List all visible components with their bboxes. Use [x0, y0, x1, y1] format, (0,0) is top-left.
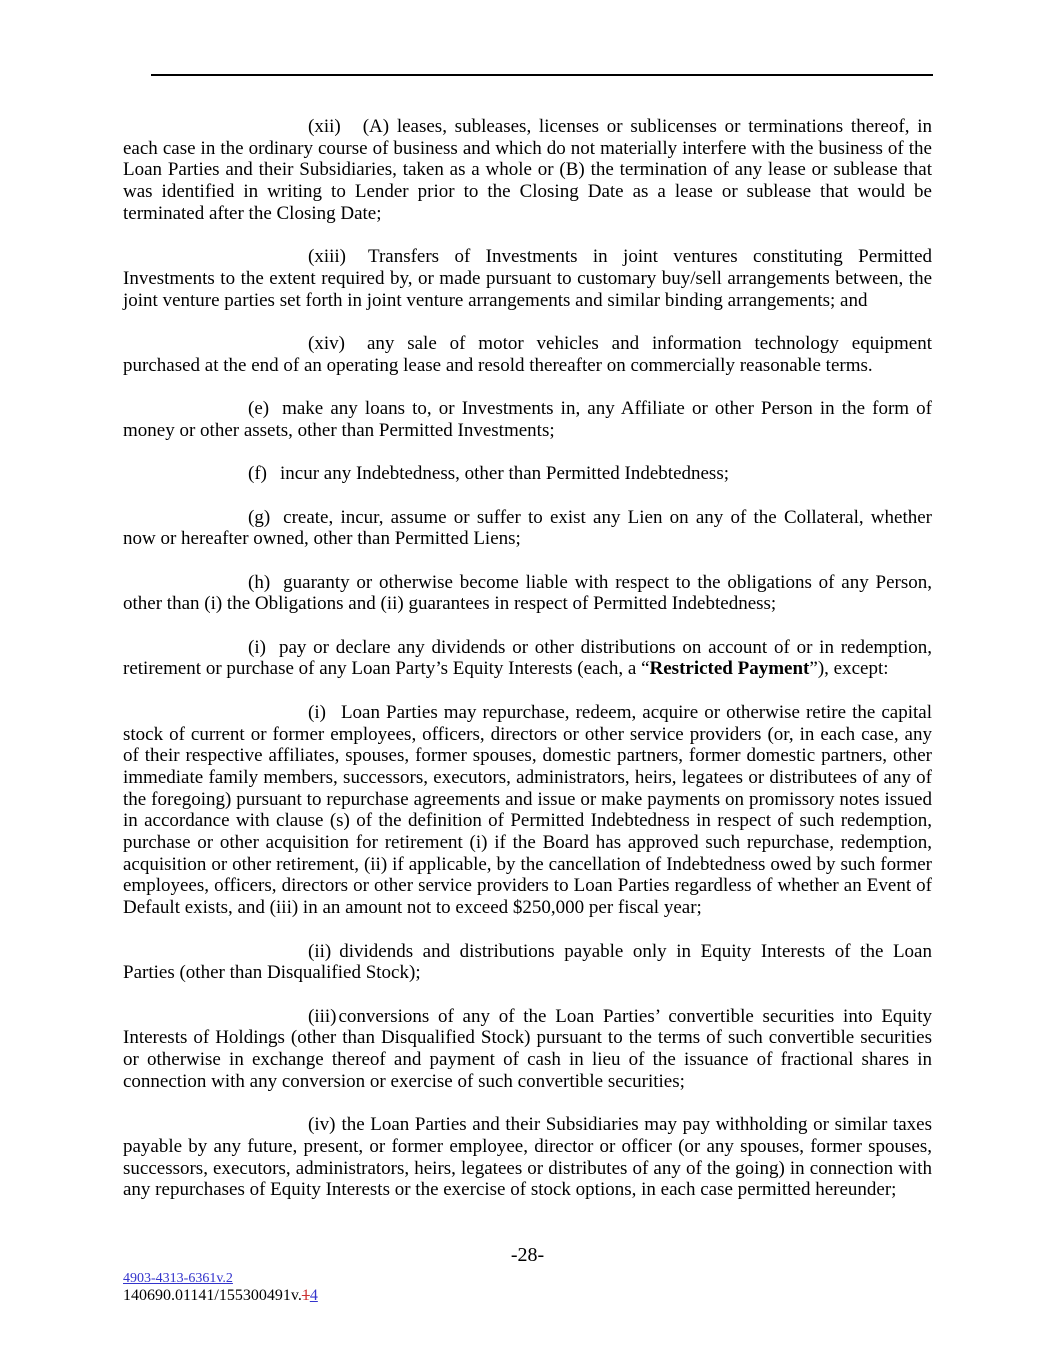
paragraph-text: incur any Indebtedness, other than Permi…: [280, 463, 729, 484]
version-number-old-strikethrough: 1: [302, 1287, 310, 1304]
paragraph-text: (A) leases, subleases, licenses or subli…: [123, 116, 932, 224]
page-number: -28-: [0, 1244, 1055, 1266]
paragraph-text: guaranty or otherwise become liable with…: [123, 572, 932, 615]
paragraph-g: (g)create, incur, assume or suffer to ex…: [123, 507, 932, 550]
document-body: (xii)(A) leases, subleases, licenses or …: [123, 116, 932, 1201]
paragraph-label: (iii): [308, 1006, 337, 1027]
footer-matter-ref: 140690.01141/155300491v.14: [123, 1287, 318, 1304]
matter-ref-prefix: 140690.01141/155300491v.: [123, 1287, 302, 1304]
paragraph-label: (i): [248, 637, 266, 658]
paragraph-text: any sale of motor vehicles and informati…: [123, 333, 932, 376]
paragraph-i: (i)pay or declare any dividends or other…: [123, 637, 932, 680]
paragraph-text: make any loans to, or Investments in, an…: [123, 398, 932, 441]
footer-ids: 4903-4313-6361v.2 140690.01141/155300491…: [123, 1269, 318, 1304]
paragraph-text: Loan Parties may repurchase, redeem, acq…: [123, 702, 932, 918]
subparagraph-i: (i)Loan Parties may repurchase, redeem, …: [123, 702, 932, 919]
paragraph-xiii: (xiii)Transfers of Investments in joint …: [123, 246, 932, 311]
paragraph-text: Transfers of Investments in joint ventur…: [123, 246, 932, 310]
document-page: (xii)(A) leases, subleases, licenses or …: [0, 0, 1055, 1365]
paragraph-label: (iv): [308, 1114, 335, 1135]
paragraph-label: (i): [308, 702, 326, 723]
subparagraph-ii: (ii)dividends and distributions payable …: [123, 941, 932, 984]
paragraph-text-post: ”), except:: [809, 658, 888, 679]
paragraph-e: (e)make any loans to, or Investments in,…: [123, 398, 932, 441]
paragraph-label: (e): [248, 398, 269, 419]
paragraph-text: dividends and distributions payable only…: [123, 941, 932, 984]
footer-doc-id: 4903-4313-6361v.2: [123, 1271, 233, 1286]
subparagraph-iv: (iv)the Loan Parties and their Subsidiar…: [123, 1114, 932, 1201]
subparagraph-iii: (iii)conversions of any of the Loan Part…: [123, 1006, 932, 1093]
paragraph-label: (xii): [308, 116, 341, 137]
paragraph-text: conversions of any of the Loan Parties’ …: [123, 1006, 932, 1092]
paragraph-h: (h)guaranty or otherwise become liable w…: [123, 572, 932, 615]
paragraph-label: (f): [248, 463, 267, 484]
paragraph-label: (g): [248, 507, 270, 528]
paragraph-f: (f)incur any Indebtedness, other than Pe…: [123, 463, 932, 485]
paragraph-label: (xiii): [308, 246, 346, 267]
version-number-new: 4: [310, 1287, 318, 1304]
paragraph-label: (ii): [308, 941, 331, 962]
footer-doc-id-line: 4903-4313-6361v.2: [123, 1269, 318, 1287]
paragraph-text: the Loan Parties and their Subsidiaries …: [123, 1114, 932, 1200]
header-rule: [151, 74, 933, 76]
paragraph-xiv: (xiv)any sale of motor vehicles and info…: [123, 333, 932, 376]
paragraph-label: (xiv): [308, 333, 345, 354]
paragraph-label: (h): [248, 572, 270, 593]
paragraph-text: create, incur, assume or suffer to exist…: [123, 507, 932, 550]
paragraph-xii: (xii)(A) leases, subleases, licenses or …: [123, 116, 932, 225]
defined-term-restricted-payment: Restricted Payment: [650, 658, 810, 679]
